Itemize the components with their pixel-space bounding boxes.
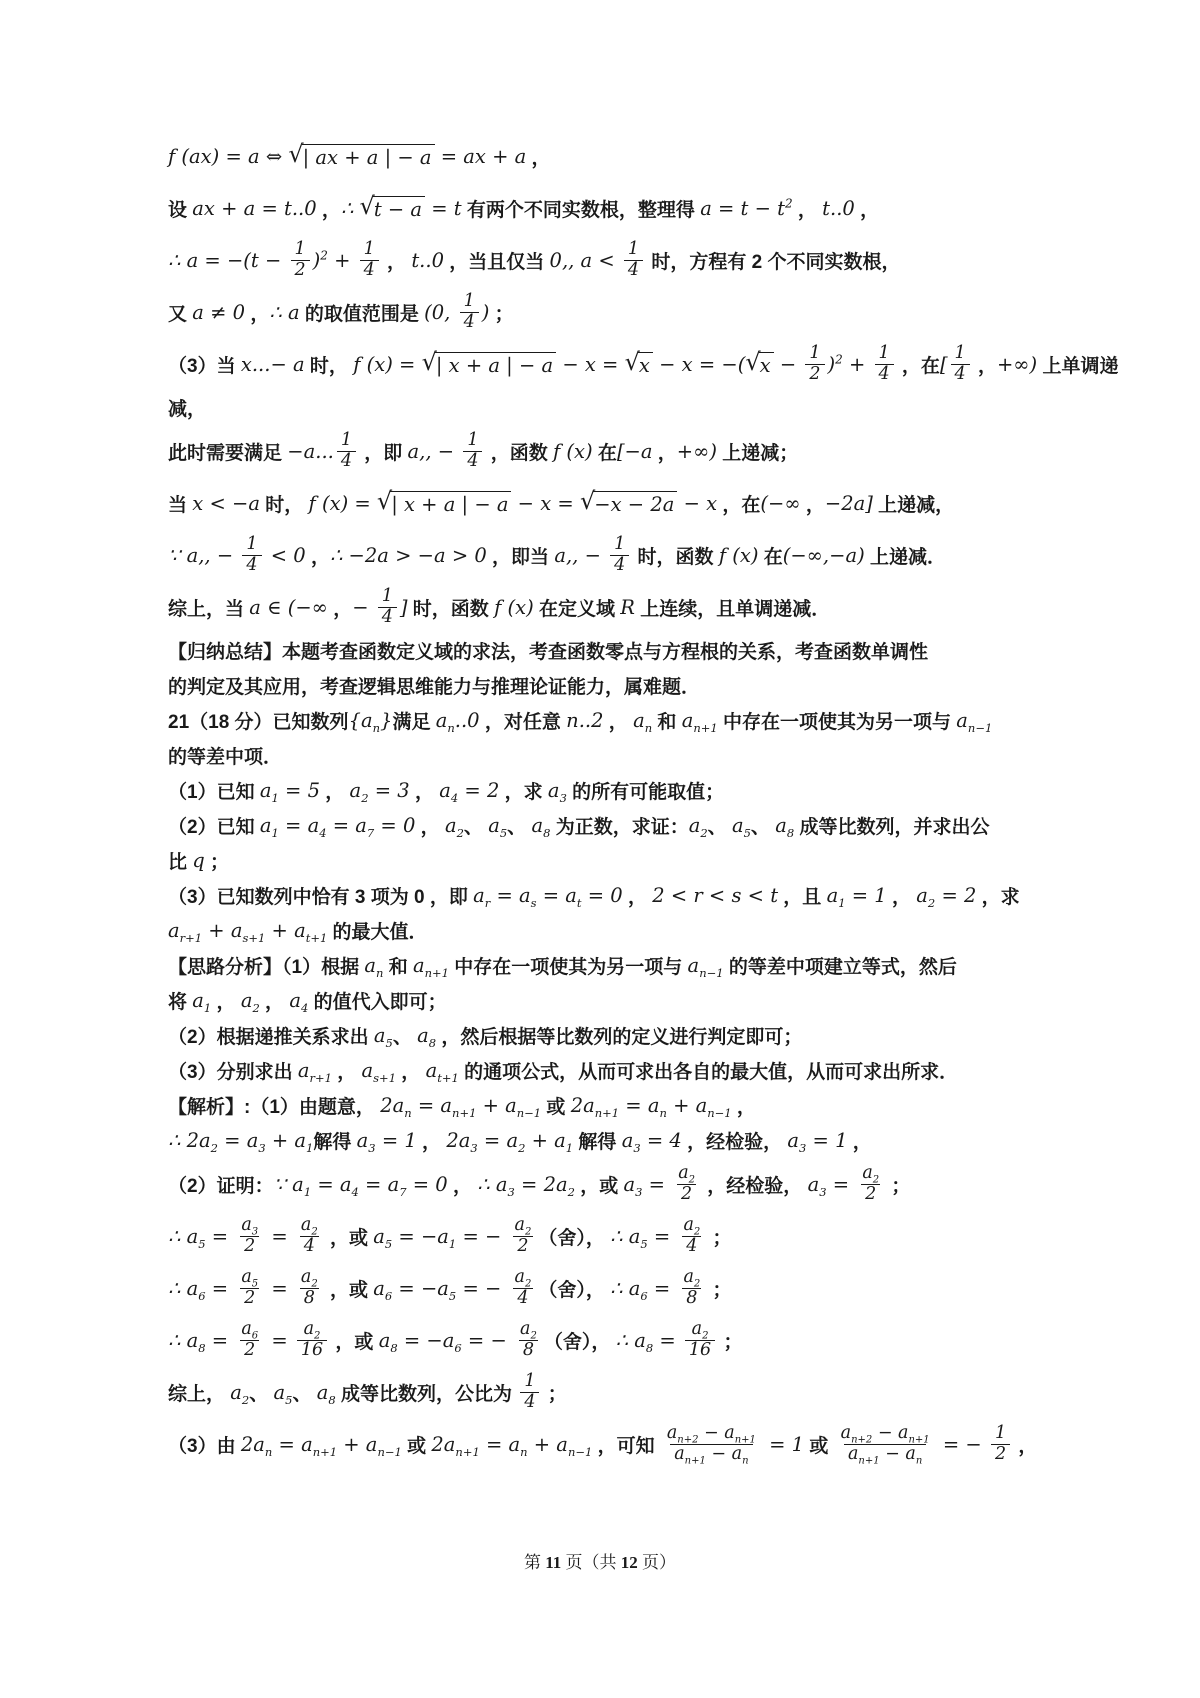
math-run: q <box>192 849 204 872</box>
math-run: a2 <box>683 1267 700 1287</box>
math-run: an+1 <box>413 954 449 977</box>
math-run: f (x) <box>494 596 534 619</box>
text-run: ； <box>205 847 229 874</box>
text-line: ar+1 + as+1 + at+1 的最大值． <box>168 913 1058 948</box>
text-line: ∴ a6 = a52 = a28 ，或 a6 = −a5 = − a24（舍），… <box>168 1262 1058 1314</box>
math-run: )2 <box>313 249 328 272</box>
math-run: ∴ a <box>269 301 299 324</box>
math-run: t..0 <box>411 249 444 272</box>
text-run: 在定义域 <box>534 594 621 621</box>
text-line: 此时需要满足 −a...14 ，即 a,, − 14 ，函数 f (x) 在[−… <box>168 425 1058 477</box>
math-run: ∴ <box>341 197 360 220</box>
math-run: R <box>620 596 635 619</box>
text-run: 在 <box>593 438 617 465</box>
text-run: （3）由 <box>168 1431 241 1458</box>
text-run: 上递减， <box>873 490 954 517</box>
math-run: 1 <box>955 343 966 363</box>
bold-number: 11 <box>545 1553 561 1572</box>
math-run: at+1 <box>426 1059 459 1082</box>
text-run: ，经检验， <box>702 1171 808 1198</box>
math-run: a2 <box>916 884 935 907</box>
math-run: = 2 <box>458 779 499 802</box>
fraction: an+2 − an+1an+1 − an <box>837 1424 934 1464</box>
math-run: +∞) <box>677 440 717 463</box>
text-line: （3）由 2an = an+1 + an−1 或 2an+1 = an + an… <box>168 1418 1058 1470</box>
text-run: 或 <box>402 1431 432 1458</box>
math-run: − an+1 <box>698 1423 755 1443</box>
fraction: 12 <box>805 344 824 384</box>
math-run: a8 <box>775 814 794 837</box>
solution-text: f (ax) = a ⇔ √| ax + a | − a = ax + a ，设… <box>168 130 1058 1470</box>
text-run: 的最大值． <box>327 917 427 944</box>
math-run: a8 <box>379 1329 398 1352</box>
math-run: = − <box>456 1225 507 1248</box>
math-run: = <box>206 1277 235 1300</box>
math-run: a2 <box>689 814 708 837</box>
text-run: （1）已知 <box>168 777 260 804</box>
text-line: （2）已知 a1 = a4 = a7 = 0 ， a2、 a5、 a8 为正数，… <box>168 808 1058 843</box>
math-run: ∴ a6 <box>168 1277 206 1300</box>
text-run: 第 <box>524 1553 545 1572</box>
math-run: 1 <box>246 534 257 554</box>
text-run: 的判定及其应用，考查逻辑思维能力与推理论证能力，属难题． <box>168 672 700 699</box>
fraction: 14 <box>337 431 356 471</box>
math-run: a2 <box>445 814 464 837</box>
math-run: 16 <box>301 1340 323 1360</box>
math-run: a2 <box>683 1215 700 1235</box>
math-run: = 1 <box>376 1129 417 1152</box>
math-run: = − <box>937 1433 988 1456</box>
math-run: = <box>265 1277 294 1300</box>
math-run: [−a <box>617 440 653 463</box>
math-run: a2 <box>692 1319 709 1339</box>
text-run: 时， <box>260 490 309 517</box>
fraction: 14 <box>378 587 397 627</box>
math-run: + at+1 <box>265 919 327 942</box>
math-run: a = t − t2 <box>700 197 792 220</box>
bold-number: 12 <box>621 1553 638 1572</box>
fraction: a22 <box>511 1216 536 1256</box>
text-line: ∴ 2a2 = a3 + a1解得 a3 = 1 ， 2a3 = a2 + a1… <box>168 1123 1058 1158</box>
fraction: a28 <box>679 1268 704 1308</box>
text-run: 的通项公式，从而可求出各自的最大值，从而可求出所求． <box>459 1057 958 1084</box>
math-run: = a3 <box>218 1129 266 1152</box>
text-run: 页） <box>638 1553 676 1572</box>
text-run: ； <box>718 1327 742 1354</box>
math-run: 4 <box>467 451 478 471</box>
text-run: （3）分别求出 <box>168 1057 298 1084</box>
math-run: 2 <box>681 1184 692 1204</box>
text-line: 比 q ； <box>168 843 1058 878</box>
text-run: ，在 <box>897 351 940 378</box>
text-run: （3）当 <box>168 351 241 378</box>
text-run: 【归纳总结】本题考查函数定义域的求法，考查函数零点与方程根的关系，考查函数单调性 <box>168 637 928 664</box>
math-run: = a7 <box>327 814 375 837</box>
text-run: ， <box>328 594 352 621</box>
math-run: = 0 <box>582 884 623 907</box>
text-run: 上递减； <box>717 438 798 465</box>
math-run: = <box>206 1225 235 1248</box>
math-run: 2 <box>295 260 306 280</box>
text-run: 此时需要满足 <box>168 438 287 465</box>
math-run: ar <box>473 884 490 907</box>
text-run: ； <box>542 1379 566 1406</box>
math-run: 4 <box>686 1236 697 1256</box>
math-run: a3 <box>787 1129 806 1152</box>
math-run: 1 <box>809 343 820 363</box>
math-run: 4 <box>304 1236 315 1256</box>
math-run: an <box>364 954 383 977</box>
math-run: )2 <box>828 353 843 376</box>
math-run: ∵ a,, − <box>168 544 239 567</box>
text-run: ，即当 <box>487 542 555 569</box>
math-run: a2 <box>230 1381 249 1404</box>
math-run: a5 <box>488 814 507 837</box>
math-run: = <box>648 1225 677 1248</box>
fraction: a22 <box>858 1164 883 1204</box>
text-run: 的等差中项建立等式，然后 <box>724 952 957 979</box>
math-run: + <box>328 249 357 272</box>
text-run: 成等比数列，公比为 <box>336 1379 518 1406</box>
math-run: an <box>436 709 455 732</box>
math-run: = <box>265 1225 294 1248</box>
math-run: = − <box>456 1277 507 1300</box>
math-run: ∴ a = −(t − <box>168 249 288 272</box>
text-line: 将 a1 ， a2 ， a4 的值代入即可； <box>168 983 1058 1018</box>
math-run: {an <box>349 709 380 732</box>
text-run: 、 <box>708 812 732 839</box>
math-run: 2an <box>380 1094 411 1117</box>
fraction: a24 <box>511 1268 536 1308</box>
text-run: ， <box>973 351 997 378</box>
fraction: 14 <box>242 535 261 575</box>
math-run: = <box>642 1173 671 1196</box>
math-run: ∴ a5 <box>610 1225 648 1248</box>
math-run: = 0 <box>407 1173 448 1196</box>
text-line: 减， <box>168 390 1058 425</box>
math-run: ∴ a3 <box>477 1173 515 1196</box>
math-run: | x + a | − a <box>436 354 553 377</box>
math-run: f (x) <box>553 440 593 463</box>
math-run: ..0 <box>455 709 480 732</box>
math-run: a,, − <box>408 440 461 463</box>
math-run: 2an+1 <box>431 1433 479 1456</box>
math-run: n..2 <box>566 709 603 732</box>
text-run: ； <box>886 1171 910 1198</box>
sqrt-radical: √−x − 2a <box>580 491 677 516</box>
math-run: a,, − <box>554 544 607 567</box>
math-run: − an+1 <box>872 1423 929 1443</box>
math-run: an−1 <box>956 709 992 732</box>
text-run: 设 <box>168 195 192 222</box>
math-run: 2 <box>244 1288 255 1308</box>
math-run: − x = <box>556 353 624 376</box>
math-run: an+2 <box>667 1423 699 1443</box>
math-run: ar+1 <box>298 1059 332 1082</box>
text-run: ，或 <box>575 1171 624 1198</box>
math-run: 2 <box>517 1236 528 1256</box>
math-run: a2 <box>862 1163 879 1183</box>
math-run: a2 <box>350 779 369 802</box>
text-run: 将 <box>168 987 192 1014</box>
math-run: a1 <box>827 884 846 907</box>
math-run: 4 <box>628 260 639 280</box>
text-run: 、 <box>293 1379 317 1406</box>
math-run: [ <box>940 353 948 376</box>
text-run: 上连续，且单调递减． <box>635 594 830 621</box>
text-run: ， <box>848 1127 872 1154</box>
text-run: ； <box>707 1223 731 1250</box>
text-run: 、 <box>507 812 531 839</box>
fraction: an+2 − an+1an+1 − an <box>663 1424 760 1464</box>
fraction: 14 <box>463 431 482 471</box>
math-run: 4 <box>382 607 393 627</box>
math-run: − x = <box>511 492 579 515</box>
text-run: 时，方程有 2 个不同实数根， <box>646 247 900 274</box>
math-run: 2 <box>809 364 820 384</box>
math-run: + an−1 <box>667 1094 732 1117</box>
text-line: 又 a ≠ 0 ，∴ a 的取值范围是 (0, 14) ； <box>168 286 1058 338</box>
math-run: a3 <box>357 1129 376 1152</box>
math-run: x < −a <box>192 492 260 515</box>
text-line: f (ax) = a ⇔ √| ax + a | − a = ax + a ， <box>168 130 1058 182</box>
math-run: = an+1 <box>412 1094 477 1117</box>
math-run: + an−1 <box>337 1433 402 1456</box>
text-run: 时， <box>305 351 354 378</box>
text-run: ，经检验， <box>682 1127 788 1154</box>
math-run: x...− a <box>241 353 305 376</box>
math-run: 2an+1 <box>571 1094 619 1117</box>
math-run: 2 <box>244 1236 255 1256</box>
math-run: = 4 <box>641 1129 682 1152</box>
text-run: 综上，当 <box>168 594 249 621</box>
text-run: 、 <box>464 812 488 839</box>
math-run: = −a1 <box>392 1225 456 1248</box>
math-run: = a7 <box>359 1173 407 1196</box>
math-run: a4 <box>439 779 458 802</box>
math-run: 4 <box>341 451 352 471</box>
text-run: （舍）， <box>538 1275 610 1302</box>
text-run: ， <box>887 882 917 909</box>
text-run: 时，函数 <box>408 594 495 621</box>
fraction: a28 <box>516 1320 541 1360</box>
text-run: ， <box>332 1057 362 1084</box>
math-run: = − <box>462 1329 513 1352</box>
math-run: ∴ a8 <box>168 1329 206 1352</box>
math-run: 4 <box>246 555 257 575</box>
math-run: as+1 <box>362 1059 397 1082</box>
math-run: = t <box>425 197 462 220</box>
math-run: an+1 <box>682 709 718 732</box>
text-run: 和 <box>383 952 413 979</box>
text-line: （3）分别求出 ar+1 ， as+1 ， at+1 的通项公式，从而可求出各自… <box>168 1053 1058 1088</box>
text-line: 【归纳总结】本题考查函数定义域的求法，考查函数零点与方程根的关系，考查函数单调性 <box>168 633 1058 668</box>
text-run: ，即 <box>359 438 408 465</box>
text-run: ， <box>732 1092 756 1119</box>
math-run: −x − 2a <box>594 493 674 516</box>
text-line: 【解析】:（1）由题意， 2an = an+1 + an−1 或 2an+1 =… <box>168 1088 1058 1123</box>
text-run: 和 <box>652 707 682 734</box>
math-run: an−1 <box>688 954 724 977</box>
text-run: 解得 <box>313 1127 356 1154</box>
math-run: = 2a2 <box>515 1173 575 1196</box>
text-line: 当 x < −a 时， f (x) = √| x + a | − a − x =… <box>168 477 1058 529</box>
sqrt-radical: √| x + a | − a <box>377 491 512 516</box>
sqrt-radical: √| x + a | − a <box>422 352 557 377</box>
math-run: a8 <box>317 1381 336 1404</box>
math-run: ∴ a8 <box>616 1329 654 1352</box>
math-run: f (x) = <box>309 492 377 515</box>
text-run: ， <box>448 1171 478 1198</box>
text-line: ∴ a = −(t − 12)2 + 14 ， t..0 ，当且仅当 0,, a… <box>168 234 1058 286</box>
sqrt-radical: √| ax + a | − a <box>288 144 434 169</box>
text-run: ， <box>801 490 825 517</box>
sqrt-radical: √x <box>625 352 653 377</box>
math-run: x <box>760 354 771 377</box>
math-run: a8 <box>531 814 550 837</box>
math-run: 2an <box>241 1433 272 1456</box>
math-run: ) <box>482 301 490 324</box>
math-run: = as <box>490 884 536 907</box>
fraction: a216 <box>685 1320 715 1360</box>
text-run: ， <box>410 777 440 804</box>
math-run: 1 <box>295 239 306 259</box>
math-run: a2 <box>515 1267 532 1287</box>
text-run: ， <box>623 882 653 909</box>
math-run: ∴ −2a > −a > 0 <box>330 544 487 567</box>
math-run: = <box>206 1329 235 1352</box>
text-run: ， <box>317 195 341 222</box>
math-run: a3 <box>624 1173 643 1196</box>
text-run: ， <box>793 195 823 222</box>
math-run: a5 <box>274 1381 293 1404</box>
fraction: 14 <box>460 292 479 332</box>
text-line: 的判定及其应用，考查逻辑思维能力与推理论证能力，属难题． <box>168 668 1058 703</box>
math-run: < 0 <box>265 544 306 567</box>
fraction: 14 <box>520 1372 539 1412</box>
math-run: −a... <box>287 440 334 463</box>
math-run: 1 <box>628 239 639 259</box>
math-run: = 0 <box>374 814 415 837</box>
text-run: ； <box>707 1275 731 1302</box>
text-run: ，然后根据等比数列的定义进行判定即可； <box>436 1022 802 1049</box>
text-run: 比 <box>168 847 192 874</box>
math-run: = an+1 <box>272 1433 337 1456</box>
math-run: + an−1 <box>476 1094 541 1117</box>
math-run: 4 <box>955 364 966 384</box>
text-run: 页（共 <box>561 1553 621 1572</box>
math-run: x <box>639 354 650 377</box>
text-line: （1）已知 a1 = 5 ， a2 = 3 ， a4 = 2 ，求 a3 的所有… <box>168 773 1058 808</box>
math-run: = −a6 <box>398 1329 462 1352</box>
text-run: ，可知 <box>592 1431 660 1458</box>
math-run: a3 <box>548 779 567 802</box>
math-run: = 5 <box>279 779 320 802</box>
math-run: a8 <box>417 1024 436 1047</box>
text-line: 综上，当 a ∈ (−∞ ，− 14] 时，函数 f (x) 在定义域 R 上连… <box>168 581 1058 633</box>
math-run: 1 <box>467 430 478 450</box>
fraction: 14 <box>951 344 970 384</box>
math-run: 1 <box>382 586 393 606</box>
text-run: 、 <box>751 812 775 839</box>
fraction: a62 <box>237 1320 262 1360</box>
text-run: （舍）， <box>538 1223 610 1250</box>
text-run: ，求 <box>499 777 548 804</box>
text-run: 上单调递 <box>1037 351 1118 378</box>
math-run: ar+1 <box>168 919 202 942</box>
text-run: ， <box>417 1127 447 1154</box>
math-run: t..0 <box>822 197 855 220</box>
text-run: 时，函数 <box>632 542 719 569</box>
math-run: = <box>648 1277 677 1300</box>
math-run: 8 <box>686 1288 697 1308</box>
text-line: 综上， a2、 a5、 a8 成等比数列，公比为 14 ； <box>168 1366 1058 1418</box>
text-run: （2）证明： <box>168 1171 274 1198</box>
math-run: 4 <box>524 1392 535 1412</box>
math-run: = −a5 <box>392 1277 456 1300</box>
fraction: a24 <box>297 1216 322 1256</box>
math-run: 2 <box>865 1184 876 1204</box>
math-run: a ∈ (−∞ <box>249 596 328 619</box>
math-run: a3 <box>622 1129 641 1152</box>
math-run: 1 <box>341 430 352 450</box>
math-run: a1 <box>192 989 211 1012</box>
text-line: ∴ a8 = a62 = a216 ，或 a8 = −a6 = − a28（舍）… <box>168 1314 1058 1366</box>
text-run: 满足 <box>392 707 435 734</box>
text-run: 的等差中项． <box>168 742 282 769</box>
math-run: = 2 <box>935 884 976 907</box>
math-run: ∴ 2a2 <box>168 1129 218 1152</box>
text-run: ， <box>211 987 241 1014</box>
math-run: 4 <box>614 555 625 575</box>
math-run: an+1 <box>848 1444 880 1464</box>
math-run: = <box>653 1329 682 1352</box>
text-line: ∴ a5 = a32 = a24 ，或 a5 = −a1 = − a22（舍），… <box>168 1210 1058 1262</box>
math-run: a6 <box>241 1319 258 1339</box>
math-run: a1 <box>260 779 279 802</box>
text-run: ， <box>855 195 879 222</box>
fraction: a22 <box>674 1164 699 1204</box>
text-run: 的值代入即可； <box>308 987 446 1014</box>
math-run: 4 <box>879 364 890 384</box>
math-run: a5 <box>373 1225 392 1248</box>
math-run: a2 <box>520 1319 537 1339</box>
math-run: 2 <box>995 1444 1006 1464</box>
math-run: 1 <box>364 239 375 259</box>
fraction: 14 <box>360 240 379 280</box>
math-run: (−∞ <box>760 492 800 515</box>
text-run: 解得 <box>573 1127 622 1154</box>
text-run: （3）已知数列中恰有 3 项为 0 ，即 <box>168 882 473 909</box>
fraction: 14 <box>624 240 643 280</box>
math-run: f (x) = <box>353 353 421 376</box>
math-run: a1 <box>260 814 279 837</box>
text-run: 的取值范围是 <box>300 299 425 326</box>
math-run: + an−1 <box>528 1433 593 1456</box>
text-run: ， <box>382 247 412 274</box>
math-run: a6 <box>373 1277 392 1300</box>
math-run: 1 <box>614 534 625 554</box>
math-run: −2a] <box>825 492 873 515</box>
text-run: ， <box>526 143 550 170</box>
math-run: = a2 <box>478 1129 526 1152</box>
math-run: (−∞,−a) <box>783 544 865 567</box>
math-run: (0, <box>424 301 456 324</box>
math-run: } <box>380 709 392 732</box>
text-run: ，对任意 <box>480 707 567 734</box>
fraction: 12 <box>991 1424 1010 1464</box>
math-run: an+2 <box>841 1423 873 1443</box>
